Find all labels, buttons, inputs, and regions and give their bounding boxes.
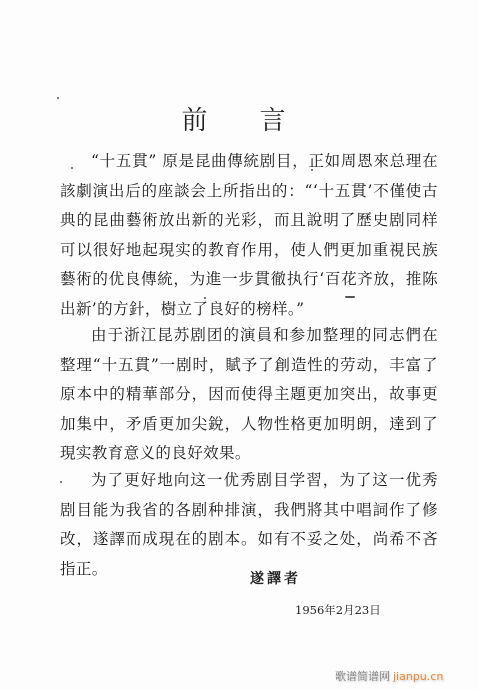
scan-speck [60, 481, 62, 483]
scan-speck [57, 97, 59, 99]
scan-speck [311, 169, 313, 171]
date: 1956年2月23日 [295, 602, 381, 618]
page-title: 前言 [0, 100, 479, 137]
document-page: 前言 “十五貫” 原是昆曲傳統剧目，正如周恩來总理在該劇演出后的座談会上所指出的… [0, 0, 479, 690]
paragraph-2: 由于浙江昆苏剧团的演員和参加整理的同志們在整理“十五貫”一剧时，賦予了創造性的劳… [60, 321, 438, 469]
watermark-url: jianpu.cn [393, 670, 443, 683]
scan-speck [71, 167, 73, 169]
signature: 遂譯者 [250, 568, 301, 588]
scan-speck [345, 296, 355, 298]
scan-speck [204, 297, 206, 299]
watermark: 歌谱简谱网jianpu.cn [335, 668, 443, 684]
watermark-text: 歌谱简谱网 [335, 670, 390, 683]
paragraph-1: “十五貫” 原是昆曲傳統剧目，正如周恩來总理在該劇演出后的座談会上所指出的：“‘… [60, 147, 438, 324]
paragraph-3: 为了更好地向这一优秀剧目学習，为了这一优秀剧目能为我省的各剧种排演，我們將其中唱… [60, 466, 438, 584]
